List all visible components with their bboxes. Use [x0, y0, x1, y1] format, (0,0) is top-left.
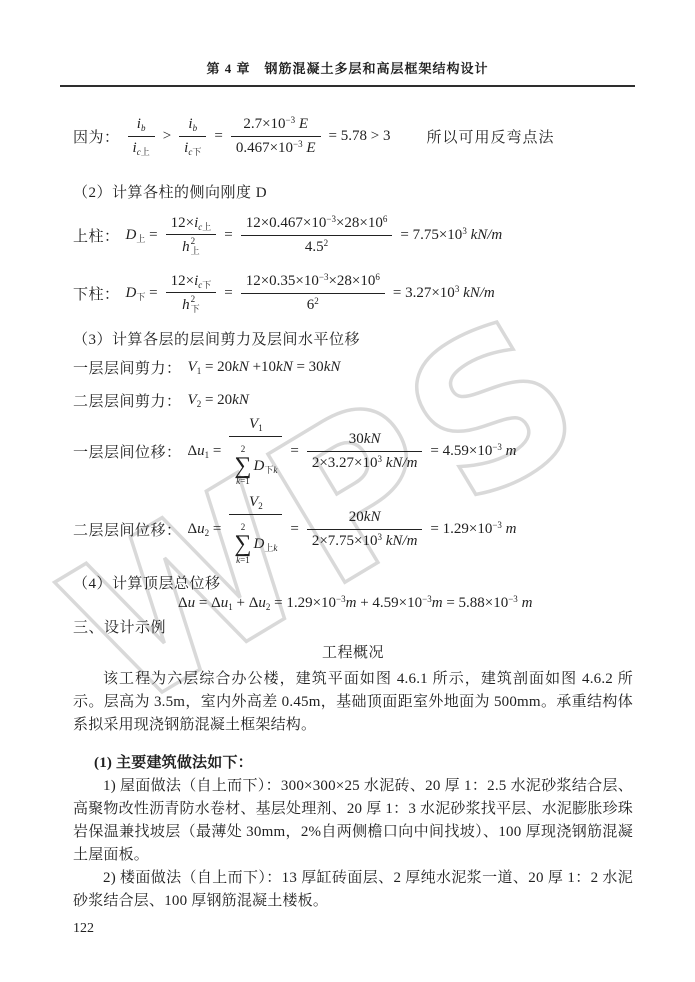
fraction: 30kN 2×3.27×103 kN/m [307, 430, 423, 473]
fraction-denominator: 2×3.27×103 kN/m [307, 452, 423, 473]
fraction-denominator: 2 ∑ k=1 D上k [229, 515, 282, 566]
fraction: V1 2 ∑ k=1 D下k [229, 415, 282, 487]
fraction-numerator: ib [179, 115, 206, 137]
formula-shear-story2: 二层层间剪力： V2 = 20kN [73, 390, 633, 411]
paragraph-floor-construction: 2) 楼面做法（自上而下）：13 厚缸砖面层、2 厚纯水泥浆一道、20 厚 1：… [73, 867, 633, 913]
fraction: 12×ic上 h 2 上 [166, 214, 217, 257]
sigma-icon: ∑ [234, 533, 251, 556]
formula-upper-column: 上柱： D上 = 12×ic上 h 2 上 = 12×0.467×10−3×28… [73, 208, 633, 262]
sigma-icon: ∑ [234, 455, 251, 478]
formula-drift-story1: 一层层间位移： Δu1 = V1 2 ∑ k=1 D下k = 30kN 2×3.… [73, 415, 633, 487]
equals-symbol: = [290, 521, 298, 538]
equals-symbol: = [224, 285, 232, 302]
fraction-numerator: V2 [229, 493, 282, 515]
formula-body: V2 = 20kN [188, 392, 249, 409]
section-heading-design-example: 三、设计示例 [73, 616, 633, 637]
fraction-denominator: ic下 [179, 137, 206, 158]
formula-result: = 7.75×103 kN/m [400, 227, 502, 244]
sub-sup-stack: 2 上 [191, 237, 200, 256]
formula-label: 上柱： [73, 225, 120, 246]
fraction: 12×ic下 h 2 下 [166, 272, 217, 315]
fraction: 20kN 2×7.75×103 kN/m [307, 508, 423, 551]
fraction: V2 2 ∑ k=1 D上k [229, 493, 282, 565]
formula-result: = 1.29×10−3 m [430, 521, 516, 538]
fraction-numerator: ib [128, 115, 155, 137]
paragraph-construction-methods-heading: (1) 主要建筑做法如下： [73, 752, 633, 775]
section-heading-3: （3）计算各层的层间剪力及层间水平位移 [73, 328, 633, 349]
formula-lhs: D下 = [126, 285, 158, 302]
fraction: 12×0.35×10−3×28×106 62 [241, 272, 385, 315]
page-header: 第 4 章 钢筋混凝土多层和高层框架结构设计 [60, 58, 635, 87]
fraction-denominator: 2 ∑ k=1 D下k [229, 437, 282, 488]
formula-lower-column: 下柱： D下 = 12×ic下 h 2 下 = 12×0.35×10−3×28×… [73, 266, 633, 320]
equals-symbol: = [224, 227, 232, 244]
formula-lhs: D上 = [126, 227, 158, 244]
formula-result: = 5.78 > 3 [329, 128, 391, 145]
fraction-denominator: 4.52 [241, 236, 393, 257]
formula-lhs: Δu2 = [188, 521, 222, 538]
formula-label: 二层层间剪力： [73, 390, 182, 411]
formula-because: 因为： ib ic上 > ib ic下 = 2.7×10−3 E 0.467×1… [73, 109, 633, 163]
formula-result: = 4.59×10−3 m [430, 443, 516, 460]
paragraph-project-description: 该工程为六层综合办公楼，建筑平面如图 4.6.1 所示，建筑剖面如图 4.6.2… [73, 668, 633, 737]
fraction-numerator: V1 [229, 415, 282, 437]
formula-label: 下柱： [73, 283, 120, 304]
equals-symbol: = [214, 128, 222, 145]
fraction-denominator: 0.467×10−3 E [231, 137, 321, 158]
fraction: ib ic上 [128, 115, 155, 158]
fraction-numerator: 12×0.35×10−3×28×106 [241, 272, 385, 294]
fraction-denominator: 62 [241, 294, 385, 315]
summation-lower-limit: k=1 [236, 556, 250, 566]
formula-label: 一层层间剪力： [73, 357, 182, 378]
summation-term: D下k [254, 457, 278, 476]
page-number: 122 [73, 921, 633, 937]
formula-label: 二层层间位移： [73, 519, 182, 540]
summation-symbol: 2 ∑ k=1 [234, 445, 251, 488]
equals-symbol: = [290, 443, 298, 460]
document-page: WPS 第 4 章 钢筋混凝土多层和高层框架结构设计 因为： ib ic上 > … [0, 0, 695, 982]
fraction-denominator: h 2 下 [166, 293, 217, 314]
fraction-numerator: 12×0.467×10−3×28×106 [241, 214, 393, 236]
fraction-denominator: h 2 上 [166, 235, 217, 256]
formula-shear-story1: 一层层间剪力： V1 = 20kN +10kN = 30kN [73, 357, 633, 378]
sub-sup-stack: 2 下 [191, 295, 200, 314]
formula-drift-story2: 二层层间位移： Δu2 = V2 2 ∑ k=1 D上k = 20kN 2×7.… [73, 493, 633, 565]
subsection-title-project-overview: 工程概况 [73, 641, 633, 662]
formula-result: = 3.27×103 kN/m [393, 285, 495, 302]
denominator-base: h [182, 296, 190, 315]
section-heading-4: （4）计算顶层总位移 [73, 572, 633, 593]
chapter-title: 第 4 章 钢筋混凝土多层和高层框架结构设计 [60, 58, 635, 77]
fraction-numerator: 30kN [307, 430, 423, 452]
section-heading-2: （2）计算各柱的侧向刚度 D [73, 181, 633, 202]
formula-body: Δu = Δu1 + Δu2 = 1.29×10−3m + 4.59×10−3m… [178, 595, 532, 612]
fraction-numerator: 20kN [307, 508, 423, 530]
fraction-numerator: 12×ic上 [166, 214, 217, 236]
relation-symbol: > [163, 128, 171, 145]
formula-body: V1 = 20kN +10kN = 30kN [188, 359, 341, 376]
fraction: 2.7×10−3 E 0.467×10−3 E [231, 115, 321, 158]
denominator-base: h [182, 238, 190, 257]
formula-label: 一层层间位移： [73, 441, 182, 462]
formula-label: 因为： [73, 126, 120, 147]
formula-total-displacement: Δu = Δu1 + Δu2 = 1.29×10−3m + 4.59×10−3m… [178, 595, 633, 612]
summation-lower-limit: k=1 [236, 477, 250, 487]
page-content: 第 4 章 钢筋混凝土多层和高层框架结构设计 因为： ib ic上 > ib i… [73, 58, 633, 937]
formula-conclusion: 所以可用反弯点法 [426, 126, 554, 147]
paragraph-roof-construction: 1) 屋面做法（自上而下）：300×300×25 水泥砖、20 厚 1：2.5 … [73, 775, 633, 867]
fraction-denominator: 2×7.75×103 kN/m [307, 530, 423, 551]
fraction-numerator: 12×ic下 [166, 272, 217, 294]
stack-subscript: 上 [191, 247, 200, 256]
fraction-denominator: ic上 [128, 137, 155, 158]
fraction: 12×0.467×10−3×28×106 4.52 [241, 214, 393, 257]
summation-symbol: 2 ∑ k=1 [234, 523, 251, 566]
fraction: ib ic下 [179, 115, 206, 158]
summation-term: D上k [254, 535, 278, 554]
fraction-numerator: 2.7×10−3 E [231, 115, 321, 137]
stack-subscript: 下 [191, 305, 200, 314]
formula-lhs: Δu1 = [188, 443, 222, 460]
